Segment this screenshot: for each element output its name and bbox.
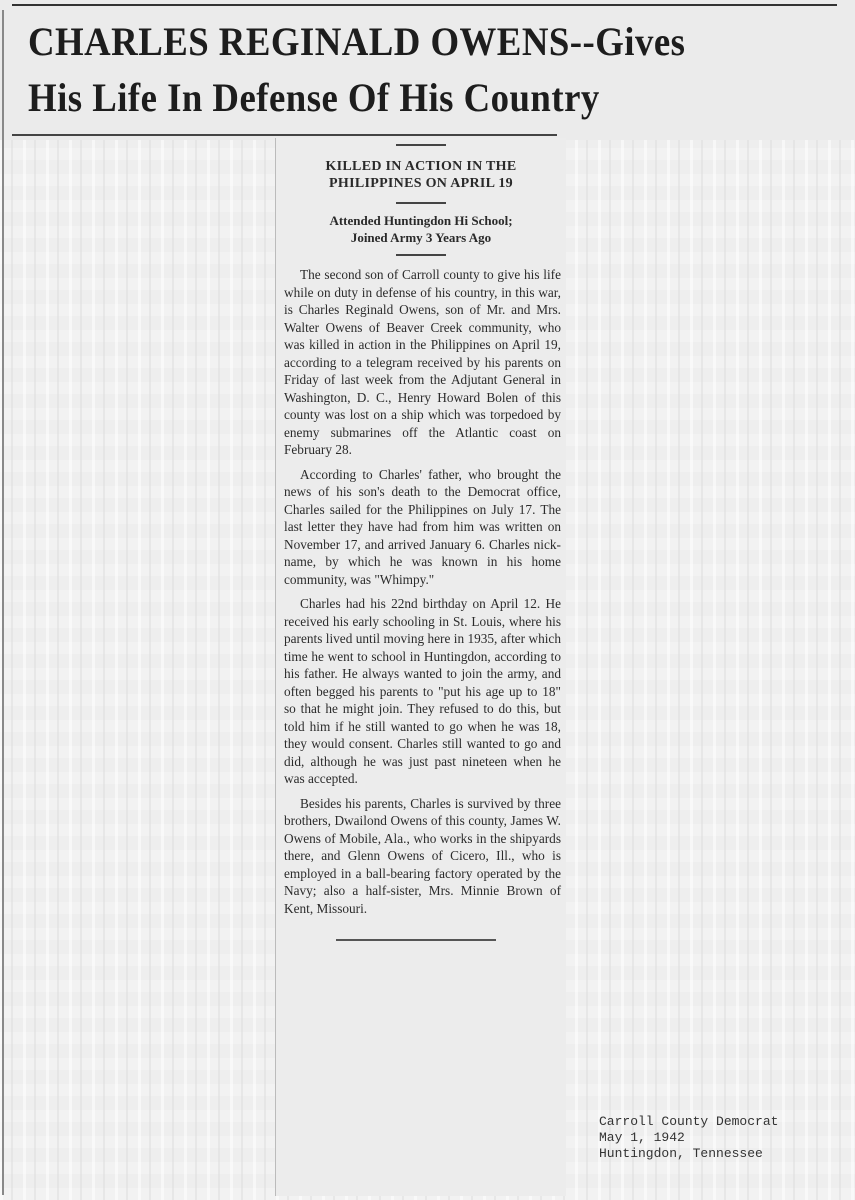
primary-deck-line-2: PHILIPPINES ON APRIL 19 [276,175,566,192]
deck-rule-bottom [396,254,446,256]
deck-rule-top [396,144,446,146]
source-citation: Carroll County DemocratMay 1, 1942Huntin… [599,1114,778,1162]
citation-date: May 1, 1942 [599,1130,778,1146]
headline-line-2: His Life In Defense Of His Country [28,70,764,126]
primary-deck: KILLED IN ACTION IN THE PHILIPPINES ON A… [276,158,566,192]
paragraph: Charles had his 22nd birthday on April 1… [284,595,561,788]
paragraph: Besides his parents, Charles is survived… [284,795,561,918]
article-body: The second son of Carroll county to give… [276,266,566,917]
top-rule [12,4,837,6]
deck-rule-middle [396,202,446,204]
secondary-deck-line-2: Joined Army 3 Years Ago [276,229,566,246]
article-column: KILLED IN ACTION IN THE PHILIPPINES ON A… [275,138,566,1196]
headline-rule [12,134,557,136]
paragraph: The second son of Carroll county to give… [284,266,561,459]
citation-location: Huntingdon, Tennessee [599,1146,778,1162]
primary-deck-line-1: KILLED IN ACTION IN THE [276,158,566,175]
left-border [2,10,4,1195]
headline: CHARLES REGINALD OWENS--Gives His Life I… [28,14,764,126]
secondary-deck-line-1: Attended Huntingdon Hi School; [276,212,566,229]
citation-publication: Carroll County Democrat [599,1114,778,1130]
secondary-deck: Attended Huntingdon Hi School; Joined Ar… [276,212,566,246]
paragraph: According to Charles' father, who brough… [284,466,561,589]
headline-line-1: CHARLES REGINALD OWENS--Gives [28,14,764,70]
end-rule [336,939,496,941]
